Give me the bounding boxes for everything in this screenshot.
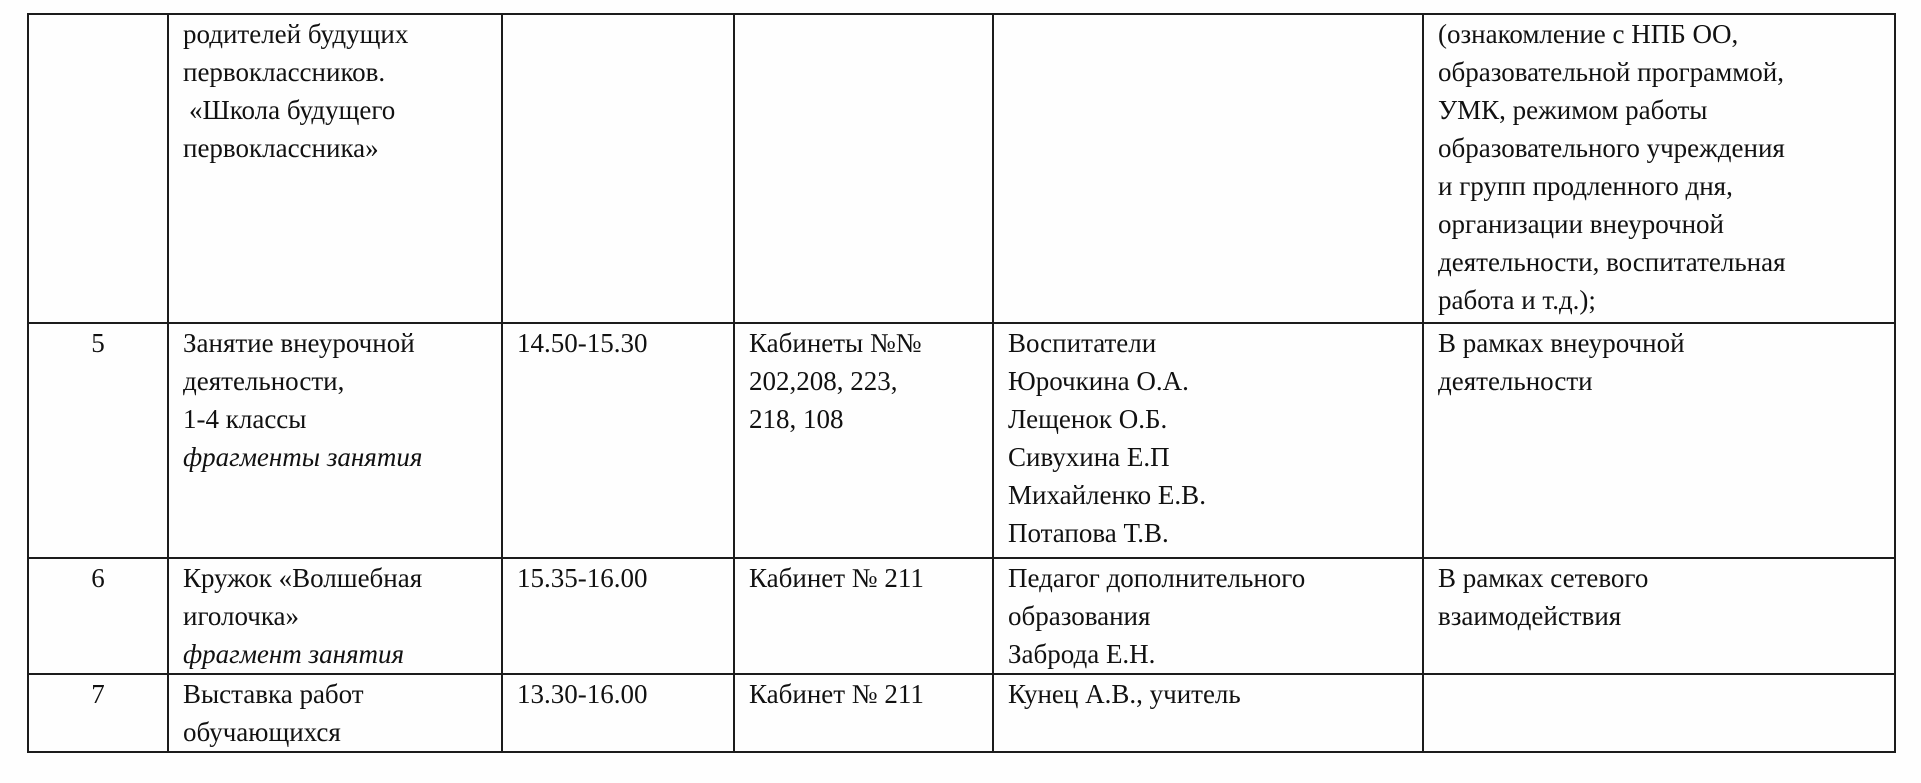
responsible-cell: ВоспитателиЮрочкина О.А.Лещенок О.Б.Сиву… [993, 323, 1423, 558]
cell-text-line: деятельности [1438, 362, 1884, 400]
cell-text-line: 14.50-15.30 [517, 324, 723, 362]
row-number-cell: 5 [28, 323, 168, 558]
cell-text-line: работа и т.д.); [1438, 281, 1884, 319]
cell-text-line: 7 [29, 675, 167, 713]
cell-text-line: 218, 108 [749, 400, 982, 438]
cell-text-line: иголочка» [183, 597, 491, 635]
cell-text-line: первоклассников. [183, 53, 491, 91]
time-cell [502, 14, 734, 323]
cell-text-line: Занятие внеурочной [183, 324, 491, 362]
responsible-cell: Педагог дополнительногообразованияЗаброд… [993, 558, 1423, 674]
time-cell: 14.50-15.30 [502, 323, 734, 558]
note-cell [1423, 674, 1895, 752]
cell-text-line: обучающихся [183, 713, 491, 751]
cell-text-line: образовательного учреждения [1438, 129, 1884, 167]
cell-text-line: В рамках внеурочной [1438, 324, 1884, 362]
cell-text-line: образования [1008, 597, 1412, 635]
note-cell: В рамках сетевоговзаимодействия [1423, 558, 1895, 674]
cell-text-line: Сивухина Е.П [1008, 438, 1412, 476]
cell-text-line: Кружок «Волшебная [183, 559, 491, 597]
cell-text-line: Потапова Т.В. [1008, 514, 1412, 552]
cell-text-line: Воспитатели [1008, 324, 1412, 362]
cell-text-line: Кабинеты №№ [749, 324, 982, 362]
cell-text-line: 1-4 классы [183, 400, 491, 438]
cell-text-line: взаимодействия [1438, 597, 1884, 635]
event-cell: родителей будущихпервоклассников.«Школа … [168, 14, 502, 323]
responsible-cell [993, 14, 1423, 323]
scanned-document-page: родителей будущихпервоклассников.«Школа … [0, 0, 1921, 783]
table-row: 6Кружок «Волшебнаяиголочка»фрагмент заня… [28, 558, 1895, 674]
cell-text-line: Михайленко Е.В. [1008, 476, 1412, 514]
cell-text-line: Юрочкина О.А. [1008, 362, 1412, 400]
cell-text-line: образовательной программой, [1438, 53, 1884, 91]
table-row: 7Выставка работобучающихся13.30-16.00Каб… [28, 674, 1895, 752]
note-cell: (ознакомление с НПБ ОО,образовательной п… [1423, 14, 1895, 323]
cell-text-line: фрагмент занятия [183, 635, 491, 673]
event-cell: Кружок «Волшебнаяиголочка»фрагмент занят… [168, 558, 502, 674]
cell-text-line: Выставка работ [183, 675, 491, 713]
cell-text-line: В рамках сетевого [1438, 559, 1884, 597]
time-cell: 13.30-16.00 [502, 674, 734, 752]
cell-text-line: Кабинет № 211 [749, 559, 982, 597]
event-cell: Занятие внеурочнойдеятельности,1-4 класс… [168, 323, 502, 558]
schedule-table-body: родителей будущихпервоклассников.«Школа … [28, 14, 1895, 752]
cell-text-line: УМК, режимом работы [1438, 91, 1884, 129]
cell-text-line: и групп продленного дня, [1438, 167, 1884, 205]
cell-text-line: первоклассника» [183, 129, 491, 167]
row-number-cell: 7 [28, 674, 168, 752]
cell-text-line: (ознакомление с НПБ ОО, [1438, 15, 1884, 53]
cell-text-line: родителей будущих [183, 15, 491, 53]
responsible-cell: Кунец А.В., учитель [993, 674, 1423, 752]
location-cell [734, 14, 993, 323]
cell-text-line: 202,208, 223, [749, 362, 982, 400]
cell-text-line: Заброда Е.Н. [1008, 635, 1412, 673]
cell-text-line: Педагог дополнительного [1008, 559, 1412, 597]
event-cell: Выставка работобучающихся [168, 674, 502, 752]
location-cell: Кабинет № 211 [734, 558, 993, 674]
table-row: 5Занятие внеурочнойдеятельности,1-4 клас… [28, 323, 1895, 558]
cell-text-line: 6 [29, 559, 167, 597]
time-cell: 15.35-16.00 [502, 558, 734, 674]
table-row: родителей будущихпервоклассников.«Школа … [28, 14, 1895, 323]
cell-text-line: Кунец А.В., учитель [1008, 675, 1412, 713]
cell-text-line: 5 [29, 324, 167, 362]
location-cell: Кабинеты №№202,208, 223,218, 108 [734, 323, 993, 558]
cell-text-line: деятельности, [183, 362, 491, 400]
note-cell: В рамках внеурочнойдеятельности [1423, 323, 1895, 558]
cell-text-line: 15.35-16.00 [517, 559, 723, 597]
cell-text-line: организации внеурочной [1438, 205, 1884, 243]
row-number-cell [28, 14, 168, 323]
location-cell: Кабинет № 211 [734, 674, 993, 752]
cell-text-line: «Школа будущего [183, 91, 491, 129]
cell-text-line: Кабинет № 211 [749, 675, 982, 713]
cell-text-line: 13.30-16.00 [517, 675, 723, 713]
schedule-table: родителей будущихпервоклассников.«Школа … [27, 13, 1896, 753]
row-number-cell: 6 [28, 558, 168, 674]
cell-text-line: фрагменты занятия [183, 438, 491, 476]
cell-text-line: деятельности, воспитательная [1438, 243, 1884, 281]
cell-text-line: Лещенок О.Б. [1008, 400, 1412, 438]
